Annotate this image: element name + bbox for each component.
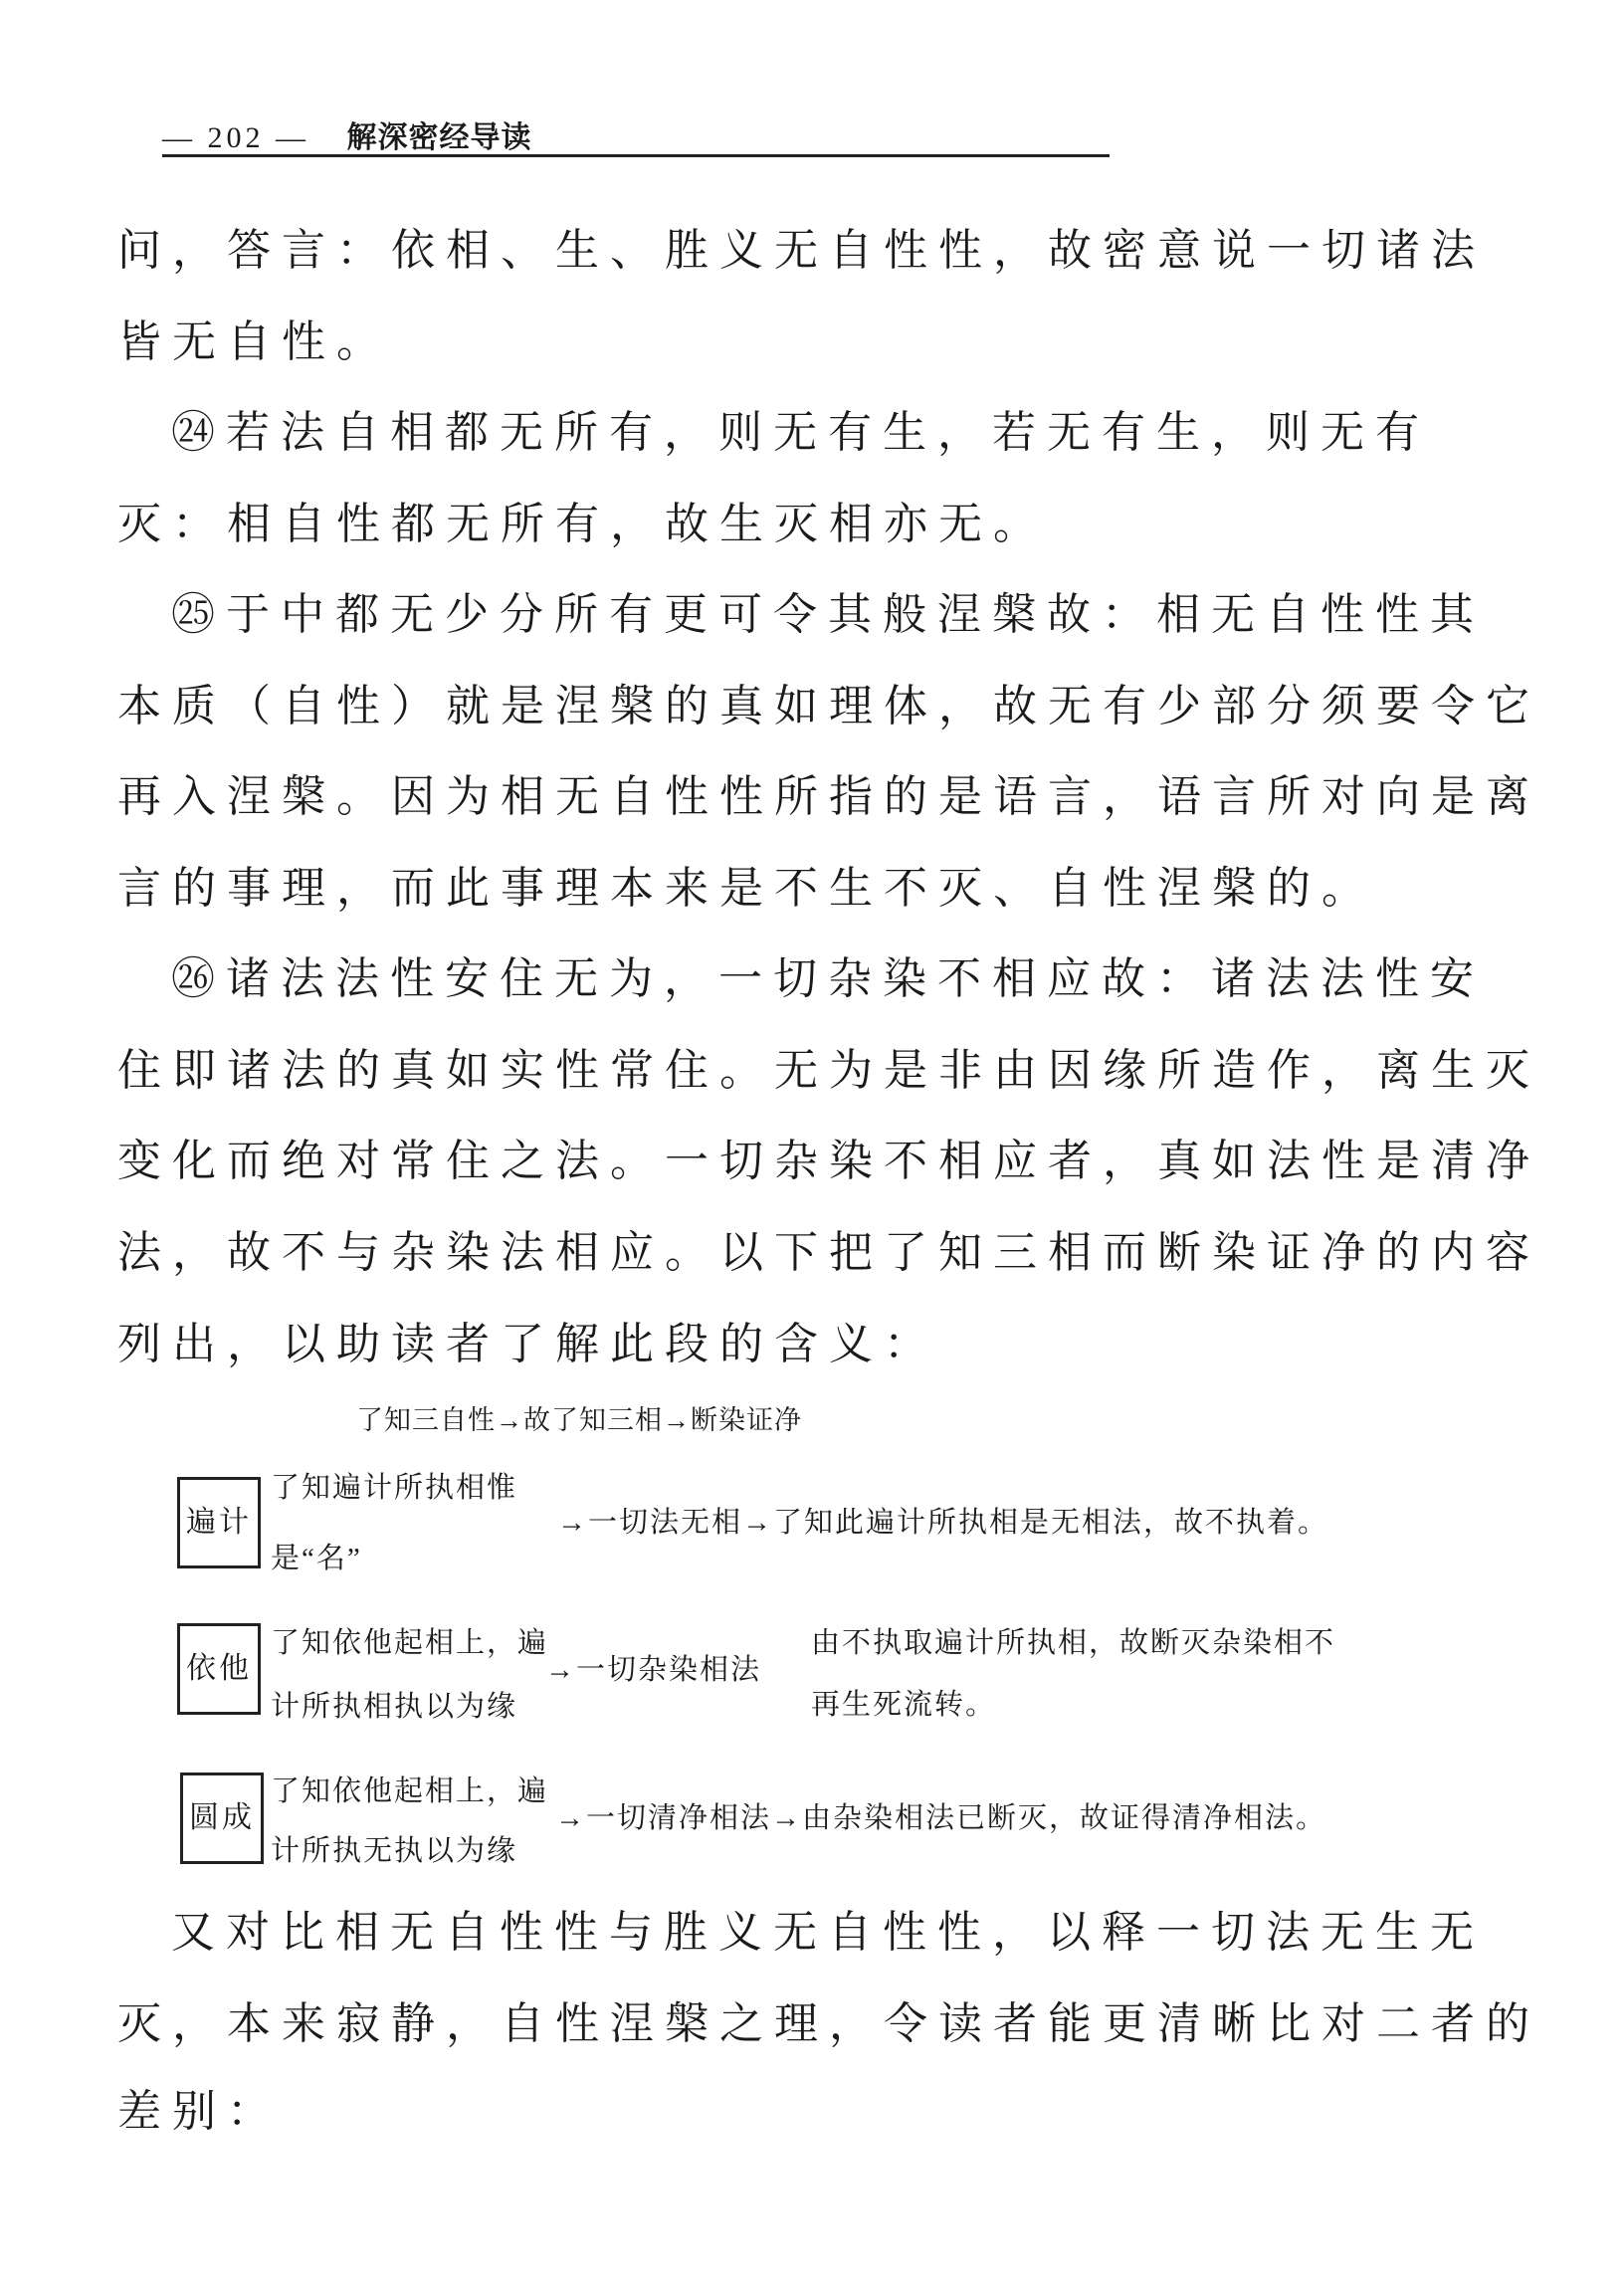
body-line: 问，答言：依相、生、胜义无自性性，故密意说一切诸法 bbox=[117, 225, 1486, 277]
book-title: 解深密经导读 bbox=[347, 112, 532, 156]
body-line: ㉖诸法法性安住无为，一切杂染不相应故：诸法法性安 bbox=[171, 953, 1485, 1005]
diagram-box-bianji: 遍计 bbox=[177, 1477, 261, 1568]
diagram-box-label: 遍计 bbox=[186, 1508, 252, 1538]
diagram-row2-result-bottom: 再生死流转。 bbox=[811, 1690, 996, 1722]
diagram-row2-top: 了知依他起相上，遍 bbox=[271, 1628, 548, 1660]
diagram-row3-chain: →一切清净相法→由杂染相法已断灭，故证得清净相法。 bbox=[555, 1803, 1326, 1835]
body-line: 变化而绝对常住之法。一切杂染不相应者，真如法性是清净 bbox=[117, 1136, 1540, 1187]
body-line: 法，故不与杂染法相应。以下把了知三相而断染证净的内容 bbox=[117, 1227, 1540, 1279]
diagram-row2-bottom: 计所执相执以为缘 bbox=[271, 1692, 517, 1724]
running-head: — 202 — 解深密经导读 bbox=[162, 112, 532, 156]
body-line: ㉔若法自相都无所有，则无有生，若无有生，则无有 bbox=[171, 407, 1430, 459]
body-line: 差别： bbox=[117, 2086, 282, 2138]
body-line: ㉕于中都无少分所有更可令其般涅槃故：相无自性性其 bbox=[171, 589, 1485, 641]
diagram-row3-top: 了知依他起相上，遍 bbox=[271, 1776, 548, 1808]
body-line: 皆无自性。 bbox=[117, 316, 391, 368]
diagram-box-label: 圆成 bbox=[189, 1803, 255, 1833]
header-rule bbox=[162, 154, 1110, 157]
diagram-row1-chain: →一切法无相→了知此遍计所执相是无相法，故不执着。 bbox=[557, 1508, 1328, 1540]
diagram-box-yita: 依他 bbox=[177, 1623, 261, 1715]
diagram-row1-bottom: 是“名” bbox=[271, 1544, 362, 1575]
diagram-row1-top: 了知遍计所执相惟 bbox=[271, 1473, 517, 1505]
diagram-box-yuancheng: 圆成 bbox=[180, 1773, 264, 1864]
book-page: — 202 — 解深密经导读 问，答言：依相、生、胜义无自性性，故密意说一切诸法… bbox=[0, 0, 1624, 2294]
body-line: 言的事理，而此事理本来是不生不灭、自性涅槃的。 bbox=[117, 863, 1376, 915]
diagram-row2-chain: →一切杂染相法 bbox=[545, 1655, 761, 1687]
body-line: 再入涅槃。因为相无自性性所指的是语言，语言所对向是离 bbox=[117, 771, 1540, 823]
body-line: 灭：相自性都无所有，故生灭相亦无。 bbox=[117, 499, 1048, 550]
body-line: 本质（自性）就是涅槃的真如理体，故无有少部分须要令它 bbox=[117, 681, 1540, 732]
body-line: 列出，以助读者了解此段的含义： bbox=[117, 1319, 938, 1370]
page-number: — 202 — bbox=[162, 121, 309, 155]
body-line: 灭，本来寂静，自性涅槃之理，令读者能更清晰比对二者的 bbox=[117, 1998, 1540, 2050]
body-line: 住即诸法的真如实性常住。无为是非由因缘所造作，离生灭 bbox=[117, 1045, 1540, 1097]
body-line: 又对比相无自性性与胜义无自性性，以释一切法无生无 bbox=[171, 1907, 1485, 1959]
diagram-box-label: 依他 bbox=[186, 1654, 252, 1684]
diagram-row3-bottom: 计所执无执以为缘 bbox=[271, 1836, 517, 1868]
diagram-row2-result-top: 由不执取遍计所执相，故断灭杂染相不 bbox=[811, 1628, 1335, 1660]
diagram-title: 了知三自性→故了知三相→断染证净 bbox=[356, 1398, 802, 1437]
